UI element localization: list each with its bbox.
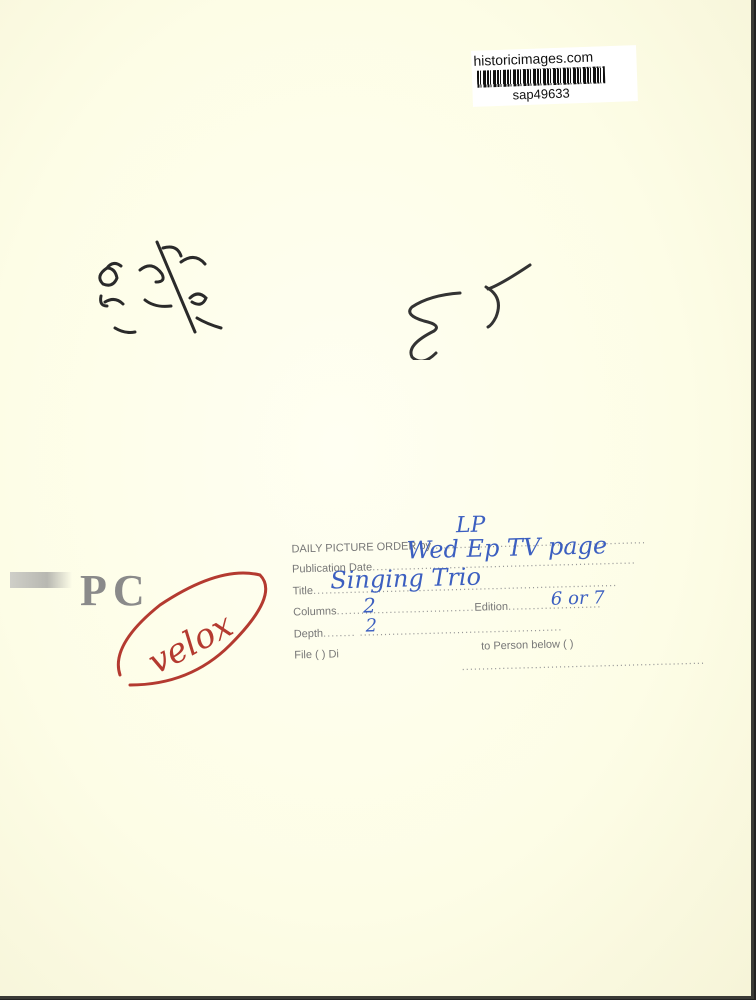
field-person-below: to Person below ( ) bbox=[481, 638, 574, 652]
columns-value: 2 bbox=[363, 593, 376, 617]
edition-value: 6 or 7 bbox=[551, 587, 605, 609]
photo-back-sheet: historicimages.com sap49633 PC velox bbox=[0, 0, 754, 999]
depth-value: 2 bbox=[365, 615, 377, 636]
daily-picture-order-form: DAILY PICTURE ORDER by..................… bbox=[291, 523, 715, 684]
field-file: File ( ) Di bbox=[294, 648, 339, 661]
barcode bbox=[477, 66, 606, 87]
publication-date-value: Wed Ep TV page bbox=[406, 531, 607, 564]
form-bottom-rule: ........................................… bbox=[462, 655, 706, 673]
velox-red-circle: velox bbox=[110, 565, 270, 695]
label-site: historicimages.com bbox=[473, 49, 593, 69]
label-code: sap49633 bbox=[512, 85, 570, 102]
barcode-label: historicimages.com sap49633 bbox=[471, 45, 638, 107]
ink-smudge bbox=[10, 572, 72, 588]
field-depth: Depth........ ..........................… bbox=[294, 621, 563, 640]
handwritten-date bbox=[85, 230, 235, 340]
title-value: Singing Trio bbox=[330, 563, 481, 595]
pencil-mark bbox=[398, 255, 538, 360]
